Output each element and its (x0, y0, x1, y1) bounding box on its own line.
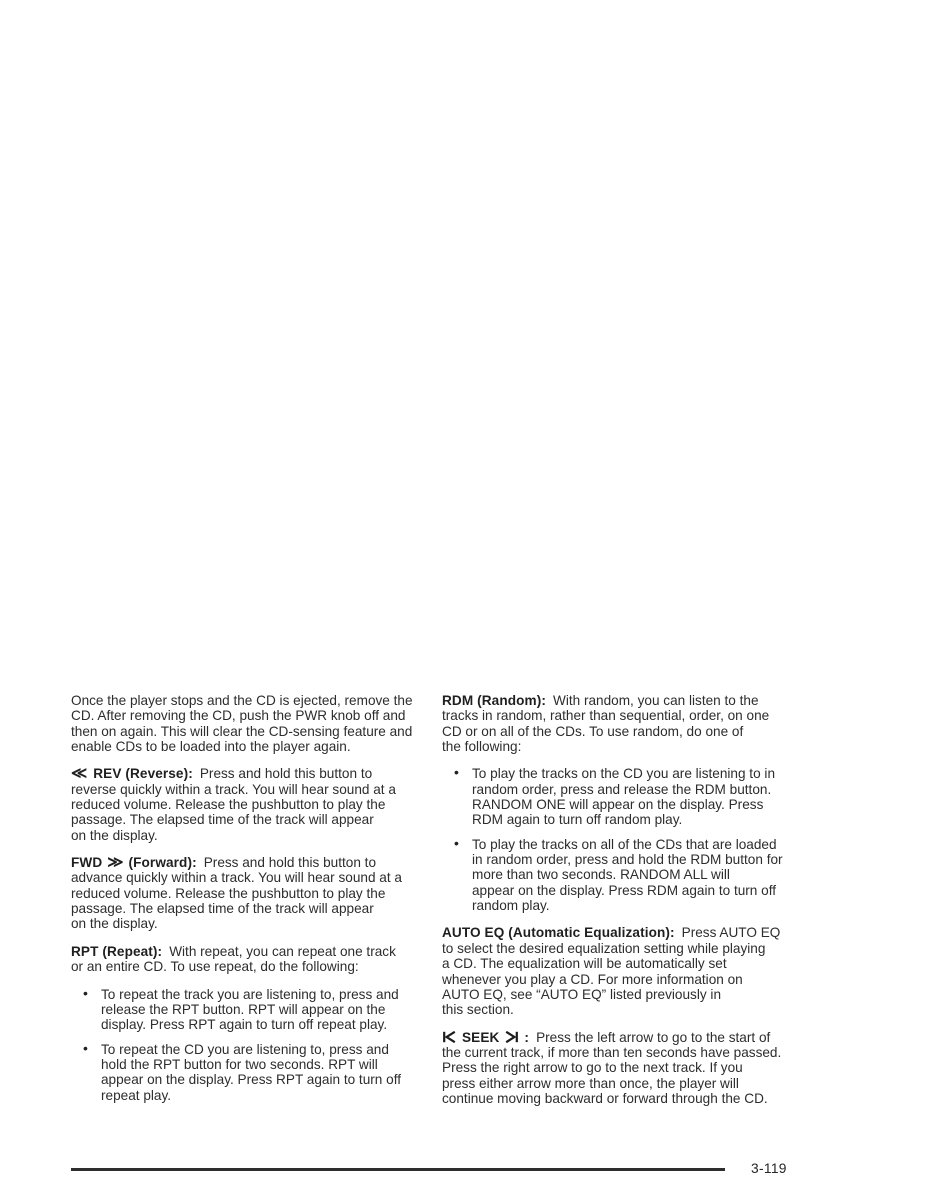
rdm-label: RDM (Random): (442, 693, 546, 708)
left-column: Once the player stops and the CD is ejec… (71, 693, 445, 1112)
manual-page: { "page": { "bullet_char": "•" }, "left_… (0, 0, 927, 1200)
fwd-paragraph: FWD≫(Forward):Press and hold this button… (71, 855, 445, 932)
right-column: RDM (Random):With random, you can listen… (442, 693, 822, 1118)
bullet-item: •To play the tracks on the CD you are li… (442, 766, 822, 827)
bullet-item: •To repeat the CD you are listening to, … (71, 1042, 445, 1103)
rpt-label: RPT (Repeat): (71, 944, 162, 959)
rdm-paragraph: RDM (Random):With random, you can listen… (442, 693, 822, 754)
seek-paragraph: SEEK:Press the left arrow to go to the s… (442, 1030, 822, 1107)
fast-forward-icon: ≫ (107, 854, 123, 871)
rpt-paragraph: RPT (Repeat):With repeat, you can repeat… (71, 944, 445, 975)
rev-paragraph: ≪REV (Reverse):Press and hold this butto… (71, 766, 445, 843)
bullet-text: To repeat the track you are listening to… (101, 987, 399, 1033)
rdm-bullet-list: •To play the tracks on the CD you are li… (442, 766, 822, 913)
bullet-icon: • (454, 836, 459, 851)
auto-eq-label: AUTO EQ (Automatic Equalization): (442, 925, 675, 940)
rpt-bullet-list: •To repeat the track you are listening t… (71, 987, 445, 1103)
bullet-icon: • (83, 986, 88, 1001)
seek-colon: : (524, 1030, 529, 1045)
rewind-icon: ≪ (71, 765, 87, 782)
bullet-icon: • (83, 1041, 88, 1056)
seek-back-icon (442, 1031, 457, 1043)
fwd-label-suffix: (Forward): (129, 855, 197, 870)
bullet-item: •To repeat the track you are listening t… (71, 987, 445, 1033)
bullet-text: To repeat the CD you are listening to, p… (101, 1042, 401, 1103)
bullet-text: To play the tracks on the CD you are lis… (472, 766, 775, 827)
bullet-icon: • (454, 765, 459, 780)
bullet-item: •To play the tracks on all of the CDs th… (442, 837, 822, 914)
footer-rule (71, 1168, 725, 1171)
seek-label: SEEK (462, 1030, 499, 1045)
page-number: 3-119 (751, 1161, 787, 1176)
fwd-label: FWD (71, 855, 102, 870)
intro-paragraph: Once the player stops and the CD is ejec… (71, 693, 445, 754)
bullet-text: To play the tracks on all of the CDs tha… (472, 837, 783, 913)
rev-label: REV (Reverse): (93, 766, 193, 781)
seek-forward-icon (504, 1031, 519, 1043)
auto-eq-paragraph: AUTO EQ (Automatic Equalization):Press A… (442, 925, 822, 1017)
